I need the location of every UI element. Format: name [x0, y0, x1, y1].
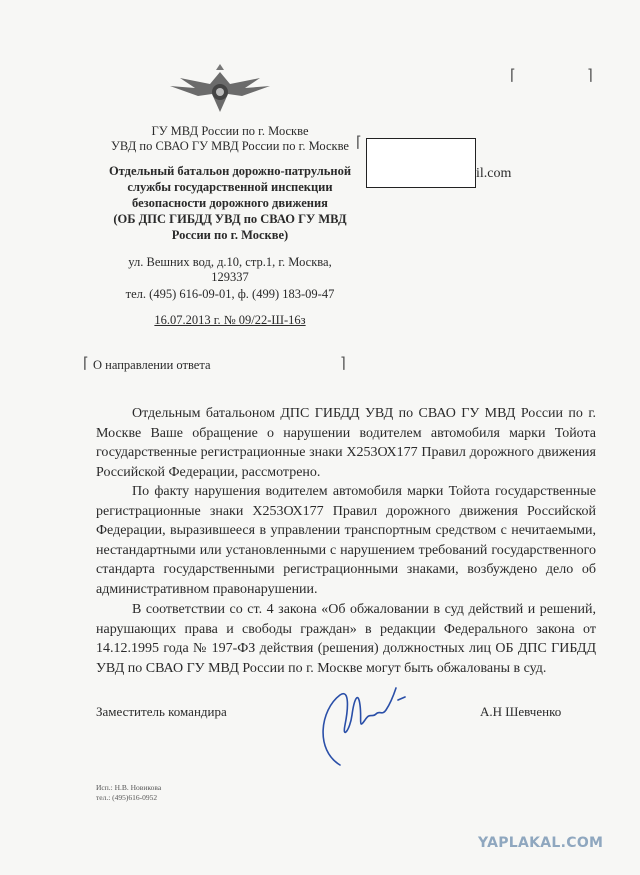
executor-name: Исп.: Н.В. Новикова: [96, 783, 161, 793]
emblem-icon: [160, 64, 280, 116]
org-name-line1: ГУ МВД России по г. Москве: [80, 124, 380, 139]
bracket-top-left: ⌈: [510, 66, 516, 84]
paragraph-text: По факту нарушения водителем автомобиля …: [96, 482, 596, 599]
signatory-name: А.Н Шевченко: [480, 704, 561, 720]
executor-info: Исп.: Н.В. Новикова тел.: (495)616-0952: [96, 783, 161, 803]
executor-phone: тел.: (495)616-0952: [96, 793, 161, 803]
letter-page: ГУ МВД России по г. Москве УВД по СВАО Г…: [0, 0, 640, 875]
bracket-subject-left: ⌈: [83, 354, 89, 372]
unit-line: службы государственной инспекции: [80, 179, 380, 195]
paragraph-text: Отдельным батальоном ДПС ГИБДД УВД по СВ…: [96, 404, 596, 482]
body-paragraph-2: По факту нарушения водителем автомобиля …: [96, 482, 596, 599]
subject-line: О направлении ответа: [93, 358, 211, 373]
site-watermark: YAPLAKAL.COM: [478, 835, 603, 851]
unit-line: безопасности дорожного движения: [80, 195, 380, 211]
paragraph-text: В соответствии со ст. 4 закона «Об обжал…: [96, 600, 596, 678]
bracket-subject-right: ⌉: [340, 354, 346, 372]
unit-line: (ОБ ДПС ГИБДД УВД по СВАО ГУ МВД: [80, 211, 380, 227]
handwritten-signature-icon: [310, 670, 420, 770]
bracket-top-right: ⌉: [587, 66, 593, 84]
unit-name: Отдельный батальон дорожно-патрульной сл…: [80, 163, 380, 243]
address-line1: ул. Вешних вод, д.10, стр.1, г. Москва,: [80, 254, 380, 270]
body-paragraph-1: Отдельным батальоном ДПС ГИБДД УВД по СВ…: [96, 404, 596, 482]
redacted-recipient-box: [366, 138, 476, 188]
phone-fax: тел. (495) 616-09-01, ф. (499) 183-09-47: [80, 286, 380, 302]
org-name-line2: УВД по СВАО ГУ МВД России по г. Москве: [80, 139, 380, 154]
bracket-recipient: ⌈: [356, 133, 362, 151]
body-paragraph-3: В соответствии со ст. 4 закона «Об обжал…: [96, 600, 596, 678]
signatory-role: Заместитель командира: [96, 704, 227, 720]
address-line2: 129337: [80, 269, 380, 285]
recipient-email-fragment: il.com: [476, 166, 511, 182]
date-number: 16.07.2013 г. № 09/22-Ш-16з: [80, 313, 380, 328]
unit-line: России по г. Москве): [80, 227, 380, 243]
unit-line: Отдельный батальон дорожно-патрульной: [80, 163, 380, 179]
